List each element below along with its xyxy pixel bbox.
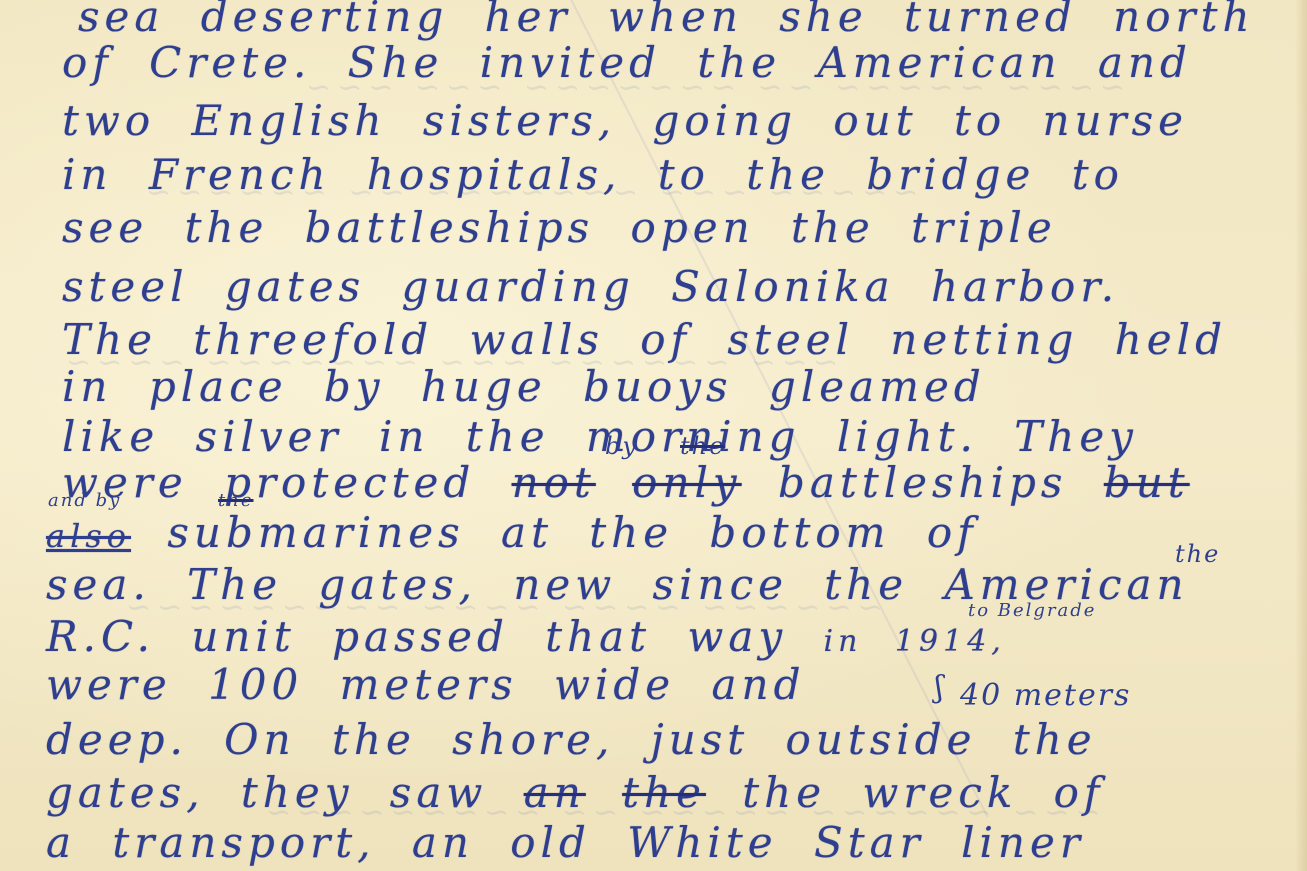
line-11-text: submarines at the bottom of (167, 508, 977, 557)
handwritten-line-13: R.C. unit passed that way in 1914, (46, 612, 1006, 661)
handwritten-line-4: in French hospitals, to the bridge to (62, 150, 1124, 199)
line-10-text-b: battleships (778, 458, 1067, 507)
handwritten-line-7: The threefold walls of steel netting hel… (62, 315, 1227, 364)
line-16-text-b: the wreck of (742, 768, 1104, 817)
struck-word-but: but (1104, 458, 1190, 507)
handwritten-line-14: were 100 meters wide and (46, 660, 805, 709)
line-13-text-a: R.C. unit passed that way (46, 612, 787, 661)
struck-word-not: not (512, 458, 596, 507)
struck-word-the: the (622, 768, 706, 817)
handwritten-line-3: two English sisters, going out to nurse (62, 96, 1188, 145)
handwritten-line-8: in place by huge buoys gleamed (62, 362, 986, 411)
insertion-40-meters: 40 meters (960, 678, 1131, 713)
struck-word-only: only (632, 458, 742, 507)
handwritten-line-17: a transport, an old White Star liner (46, 818, 1085, 867)
paper-edge-shadow (1295, 0, 1307, 871)
line-16-text-a: gates, they saw (46, 768, 487, 817)
letter-page: ~~~~ ~~~~~ ~~ ~~~~~~~ ~~~ ~~~ ~~~~~ ~~~ … (0, 0, 1307, 871)
insertion-by: by (605, 432, 638, 460)
handwritten-line-9: like silver in the morning light. They (62, 412, 1138, 461)
line-10-text-a: were protected (62, 458, 475, 507)
line-13-text-b: in 1914, (823, 624, 1005, 659)
struck-word-an: an (524, 768, 586, 817)
handwritten-line-6: steel gates guarding Salonika harbor. (62, 262, 1119, 311)
struck-word-also: also (46, 517, 131, 555)
insertion-struck-the: the (680, 432, 725, 460)
handwritten-line-2: of Crete. She invited the American and (62, 38, 1192, 87)
insertion-caret: ʃ (935, 670, 943, 705)
handwritten-line-15: deep. On the shore, just outside the (46, 715, 1097, 764)
handwritten-line-1: sea deserting her when she turned north (78, 0, 1255, 41)
handwritten-line-11: also submarines at the bottom of (46, 508, 978, 557)
handwritten-line-5: see the battleships open the triple (62, 203, 1057, 252)
handwritten-line-16: gates, they saw an the the wreck of (46, 768, 1104, 817)
